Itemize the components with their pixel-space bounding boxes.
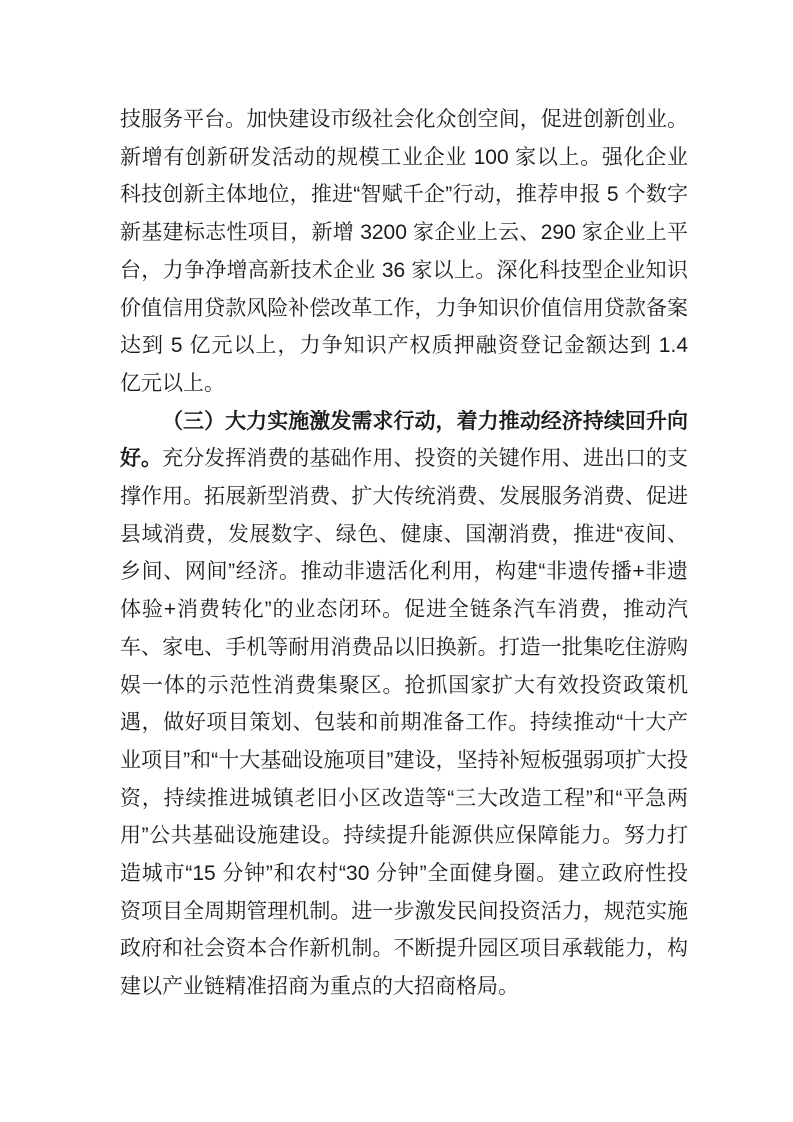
paragraph-section-three: （三）大力实施激发需求行动，着力推动经济持续回升向好。充分发挥消费的基础作用、投…	[120, 403, 688, 1006]
document-body: 技服务平台。加快建设市级社会化众创空间，促进创新创业。新增有创新研发活动的规模工…	[120, 101, 688, 1006]
document-page: 技服务平台。加快建设市级社会化众创空间，促进创新创业。新增有创新研发活动的规模工…	[0, 0, 793, 1122]
paragraph-continuation: 技服务平台。加快建设市级社会化众创空间，促进创新创业。新增有创新研发活动的规模工…	[120, 101, 688, 403]
paragraph-continuation-text: 技服务平台。加快建设市级社会化众创空间，促进创新创业。新增有创新研发活动的规模工…	[120, 108, 688, 395]
section-three-body-text: 充分发挥消费的基础作用、投资的关键作用、进出口的支撑作用。拓展新型消费、扩大传统…	[120, 447, 688, 998]
